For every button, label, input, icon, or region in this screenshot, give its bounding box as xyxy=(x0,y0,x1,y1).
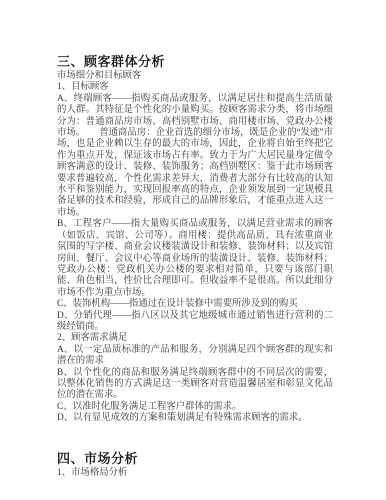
document-content: 三、顾客群体分析 市场细分和目标顾客 1、目标顾客 A、终端顾客——指购买商品或… xyxy=(0,0,386,479)
section-heading-market-analysis: 四、市场分析 xyxy=(57,451,333,467)
paragraph-market-structure-label: 1、市场格局分析 xyxy=(57,468,333,479)
paragraph-customer-demand-label: 2、顾客需求满足 xyxy=(57,333,333,344)
section-heading-customer-group-analysis: 三、顾客群体分析 xyxy=(57,54,333,70)
paragraph-target-customers-label: 1、目标顾客 xyxy=(57,82,333,93)
paragraph-distribution-agents: D、分销代理——指八区以及其它地级城市通过销售进行营利的二级经销商。 xyxy=(57,311,333,334)
document-page: 三、顾客群体分析 市场细分和目标顾客 1、目标顾客 A、终端顾客——指购买商品或… xyxy=(0,0,386,500)
paragraph-demand-c: C、以准时化服务满足工程客户群体的需求。 xyxy=(57,402,333,413)
paragraph-project-customers: B、工程客户——指大量购买商品或服务，以满足营业需求的顾客（如饭店、宾馆、公司等… xyxy=(57,219,333,299)
paragraph-demand-d: D、以有显见成效的方案和策划满足有特殊需求顾客的需求。 xyxy=(57,413,333,424)
paragraph-decoration-agencies: C、装饰机构——指通过在设计装修中需要所涉及到的购买 xyxy=(57,299,333,310)
paragraph-demand-b: B、以个性化的商品和服务满足终端顾客群中的不同层次的需要，以整体化销售的方式满足… xyxy=(57,368,333,402)
paragraph-market-segmentation-subtitle: 市场细分和目标顾客 xyxy=(57,71,333,82)
paragraph-demand-a: A、以一定品质标准的产品和服务，分别满足四个顾客群的现实和潜在的需求 xyxy=(57,345,333,368)
paragraph-end-customers: A、终端顾客——指购买商品或服务，以满足居住和提高生活质量的人群。其特征是个性化… xyxy=(57,94,333,219)
